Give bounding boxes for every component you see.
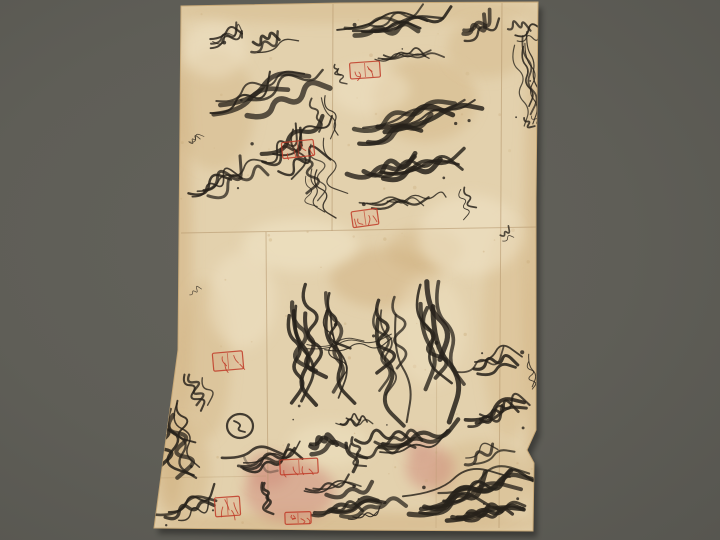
ink-dot [422,486,426,490]
paper-speck [383,187,385,189]
ink-dot [386,424,388,426]
paper-speck [268,148,270,150]
paper-speck [416,323,417,324]
paper-speck [215,496,216,497]
paper-speck [285,315,287,317]
paper-speck [173,31,176,34]
ink-dot [454,122,457,125]
paper-speck [424,369,426,371]
ink-dot [434,341,438,345]
paper-speck [516,462,518,464]
paper-speck [354,433,356,435]
paper-speck [320,267,321,268]
paper-speck [425,479,428,482]
ink-dot [515,116,517,118]
paper-speck [241,521,244,524]
paper-speck [220,93,223,96]
paper-speck [461,113,463,115]
ink-dot [372,334,375,337]
paper-speck [224,279,226,281]
ink-dot [334,323,338,327]
manuscript-photo [0,0,720,540]
ink-dot [292,419,294,421]
ink-dot [529,80,531,82]
paper-speck [344,322,347,325]
paper-speck [394,466,396,468]
paper-speck [413,186,417,190]
paper-speck [483,251,485,253]
paper-speck [276,70,278,72]
paper-speck [511,228,515,232]
paper-speck [282,444,284,446]
ink-dot [353,23,357,27]
paper-speck [180,198,182,200]
paper-speck [181,141,184,144]
paper-speck [347,144,350,147]
paper-speck [247,174,249,176]
ink-dot [362,202,366,206]
paper-speck [341,426,343,428]
paper-speck [456,413,458,415]
ink-dot [468,119,471,122]
paper-speck [357,19,359,21]
ink-dot [483,503,485,505]
ink-dot [481,352,483,354]
paper-speck [464,333,467,336]
ink-dot [335,507,337,509]
paper-speck [162,388,165,391]
ink-dot [212,509,214,511]
ink-dot [522,426,525,429]
ink-dot [352,485,355,488]
red-seal-stamp [280,458,319,477]
paper-speck [498,113,501,116]
ink-dot [250,142,253,145]
paper-speck [269,57,272,60]
paper-speck [369,53,373,57]
paper-speck [356,97,357,98]
paper-speck [375,113,377,115]
paper-speck [508,149,511,152]
paper-speck [466,72,470,76]
ink-dot [291,449,294,452]
paper-speck [383,237,386,240]
paper-speck [214,147,216,149]
ink-dot [240,99,243,102]
paper-speck [526,260,529,263]
paper-speck [220,345,222,347]
paper-speck [216,456,219,459]
ink-dot [165,524,167,526]
paper-speck [413,365,417,369]
ink-dot [298,405,301,408]
paper-speck [269,238,272,241]
ink-dot [401,48,403,50]
red-seal-stamp [285,512,311,525]
paper-speck [251,341,253,343]
ink-dot [190,465,193,468]
ink-dot [222,41,226,45]
paper-speck [307,179,311,183]
ink-dot [516,497,519,500]
paper-speck [437,33,438,34]
paper-speck [401,233,403,235]
photo-backdrop [0,0,720,540]
paper-speck [494,239,496,241]
paper-speck [200,13,202,15]
paper-speck [166,49,169,52]
ink-dot [520,350,524,354]
red-seal-stamp [351,208,379,227]
ink-dot [237,187,239,189]
paper-speck [267,234,270,237]
paper-speck [266,158,267,159]
paper-speck [388,473,389,474]
paper-speck [352,235,354,237]
paper-speck [348,356,351,359]
ink-dot [442,177,445,180]
paper-speck [531,468,533,470]
